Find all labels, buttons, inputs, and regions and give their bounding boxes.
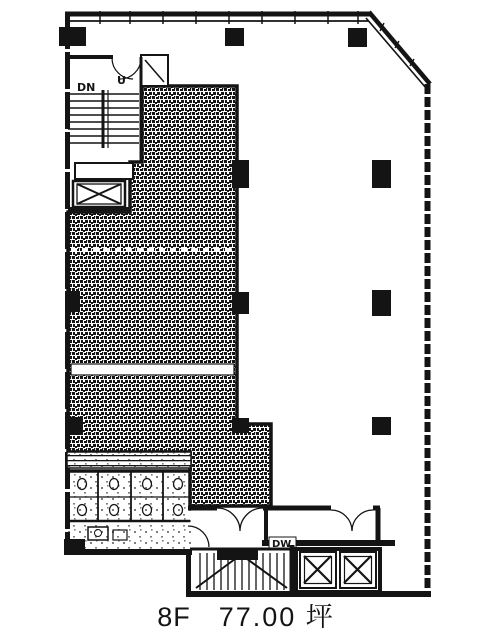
column [348,28,367,47]
double-door-swing-left [217,508,263,531]
column [65,417,83,435]
column [65,291,80,312]
column [225,28,244,46]
stair-treads-lower [200,553,284,590]
column [372,417,391,435]
floor-plan-drawing: DN U [0,0,480,605]
double-door-swing-right [331,510,373,531]
dumbwaiter-label: DW [272,539,291,550]
column [232,292,249,314]
column [232,160,249,188]
partition-band [71,364,234,375]
column [372,160,391,188]
caption: 8F 77.00 坪 [6,601,480,633]
floor-plan-svg: DN U [0,0,480,605]
elevator-lobby [75,163,133,179]
column [232,418,249,433]
stair-labels: DN U [77,74,126,94]
outer-wall-diagonal [369,12,430,84]
bottom-core [188,508,395,594]
column [372,290,391,316]
area-label: 77.00 坪 [219,601,335,633]
stair-up-label: U [117,74,126,87]
column [59,27,86,46]
floor-label: 8F [157,601,191,633]
fax-noise-overlay [67,452,191,552]
stair-down-label: DN [77,81,95,94]
lavatory-block [67,452,191,552]
outer-wall-diagonal-inner [366,18,426,88]
elevator-bank-frame [296,549,380,592]
vestibule-door-swing [188,526,209,547]
